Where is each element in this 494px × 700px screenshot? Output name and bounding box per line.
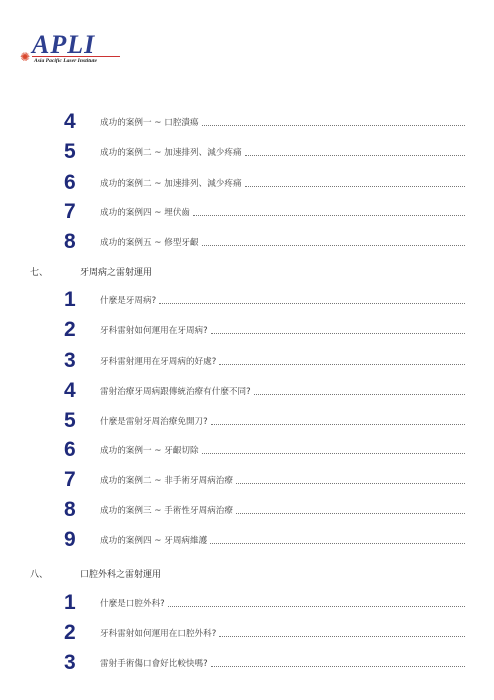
entry-title: 什麼是牙周病?: [100, 294, 156, 306]
dot-leader: [219, 363, 465, 365]
entry-number: 5: [64, 139, 84, 165]
toc-entry[interactable]: 6 成功的案例二 ~ 加速排列、減少疼痛: [0, 170, 494, 196]
dot-leader: [236, 482, 465, 484]
entry-title: 牙科雷射如何運用在牙周病?: [100, 324, 208, 336]
entry-title: 成功的案例四 ~ 牙周病維護: [100, 534, 207, 546]
entry-number: 2: [64, 620, 84, 646]
entry-number: 2: [64, 317, 84, 343]
toc-entry[interactable]: 6 成功的案例一 ~ 牙齦切除: [0, 437, 494, 463]
dot-leader: [202, 244, 465, 246]
dot-leader: [202, 124, 465, 126]
entry-title: 雷射手術傷口會好比較快嗎?: [100, 657, 208, 669]
entry-number: 4: [64, 378, 84, 404]
dot-leader: [210, 542, 465, 544]
dot-leader: [211, 423, 465, 425]
section-index: 七、: [30, 265, 80, 278]
toc-entry[interactable]: 5 什麼是雷射牙周治療免開刀?: [0, 408, 494, 434]
dot-leader: [211, 665, 465, 667]
entry-number: 1: [64, 287, 84, 313]
apli-logo: ✺ APLI Asia Pacific Laser Institute: [20, 34, 130, 66]
dot-leader: [193, 214, 465, 216]
toc-entry[interactable]: 9 成功的案例四 ~ 牙周病維護: [0, 527, 494, 553]
dot-leader: [236, 512, 465, 514]
entry-number: 1: [64, 590, 84, 616]
dot-leader: [211, 332, 465, 334]
entry-number: 8: [64, 497, 84, 523]
toc-entry[interactable]: 3 牙科雷射運用在牙周病的好處?: [0, 348, 494, 374]
dot-leader: [254, 393, 465, 395]
entry-title: 成功的案例五 ~ 修型牙齦: [100, 236, 199, 248]
section-heading-eight: 八、 口腔外科之雷射運用: [30, 563, 161, 583]
toc-entry[interactable]: 1 什麼是口腔外科?: [0, 590, 494, 616]
entry-title: 什麼是口腔外科?: [100, 597, 165, 609]
entry-title: 成功的案例二 ~ 非手術牙周病治療: [100, 474, 233, 486]
entry-title: 成功的案例二 ~ 加速排列、減少疼痛: [100, 146, 242, 158]
toc-entry[interactable]: 4 成功的案例一 ~ 口腔潰瘍: [0, 109, 494, 135]
entry-number: 7: [64, 199, 84, 225]
toc-entry[interactable]: 7 成功的案例四 ~ 埋伏齒: [0, 199, 494, 225]
logo-rule: [32, 56, 120, 57]
entry-number: 6: [64, 437, 84, 463]
dot-leader: [219, 635, 465, 637]
section-heading-seven: 七、 牙周病之雷射運用: [30, 261, 152, 281]
entry-title: 牙科雷射運用在牙周病的好處?: [100, 355, 216, 367]
toc-entry[interactable]: 2 牙科雷射如何運用在口腔外科?: [0, 620, 494, 646]
entry-title: 成功的案例二 ~ 加速排列、減少疼痛: [100, 177, 242, 189]
section-index: 八、: [30, 567, 80, 580]
entry-number: 9: [64, 527, 84, 553]
toc-entry[interactable]: 8 成功的案例五 ~ 修型牙齦: [0, 229, 494, 255]
toc-entry[interactable]: 4 雷射治療牙周病跟傳統治療有什麼不同?: [0, 378, 494, 404]
toc-entry[interactable]: 7 成功的案例二 ~ 非手術牙周病治療: [0, 467, 494, 493]
entry-title: 雷射治療牙周病跟傳統治療有什麼不同?: [100, 385, 251, 397]
entry-number: 3: [64, 348, 84, 374]
entry-title: 成功的案例一 ~ 牙齦切除: [100, 444, 199, 456]
dot-leader: [245, 185, 465, 187]
dot-leader: [245, 154, 465, 156]
section-title: 牙周病之雷射運用: [80, 265, 152, 278]
entry-title: 成功的案例一 ~ 口腔潰瘍: [100, 116, 199, 128]
entry-number: 8: [64, 229, 84, 255]
entry-number: 4: [64, 109, 84, 135]
entry-number: 3: [64, 650, 84, 676]
toc-entry[interactable]: 3 雷射手術傷口會好比較快嗎?: [0, 650, 494, 676]
toc-entry[interactable]: 2 牙科雷射如何運用在牙周病?: [0, 317, 494, 343]
entry-number: 5: [64, 408, 84, 434]
dot-leader: [159, 302, 465, 304]
logo-tagline: Asia Pacific Laser Institute: [34, 58, 97, 64]
toc-entry[interactable]: 5 成功的案例二 ~ 加速排列、減少疼痛: [0, 139, 494, 165]
entry-title: 什麼是雷射牙周治療免開刀?: [100, 415, 208, 427]
toc-entry[interactable]: 8 成功的案例三 ~ 手術性牙周病治療: [0, 497, 494, 523]
entry-title: 成功的案例三 ~ 手術性牙周病治療: [100, 504, 233, 516]
toc-entry[interactable]: 1 什麼是牙周病?: [0, 287, 494, 313]
dot-leader: [202, 452, 465, 454]
dot-leader: [168, 605, 465, 607]
sunburst-icon: ✺: [20, 51, 30, 63]
entry-title: 牙科雷射如何運用在口腔外科?: [100, 627, 216, 639]
entry-number: 6: [64, 170, 84, 196]
section-title: 口腔外科之雷射運用: [80, 567, 161, 580]
entry-title: 成功的案例四 ~ 埋伏齒: [100, 206, 190, 218]
entry-number: 7: [64, 467, 84, 493]
